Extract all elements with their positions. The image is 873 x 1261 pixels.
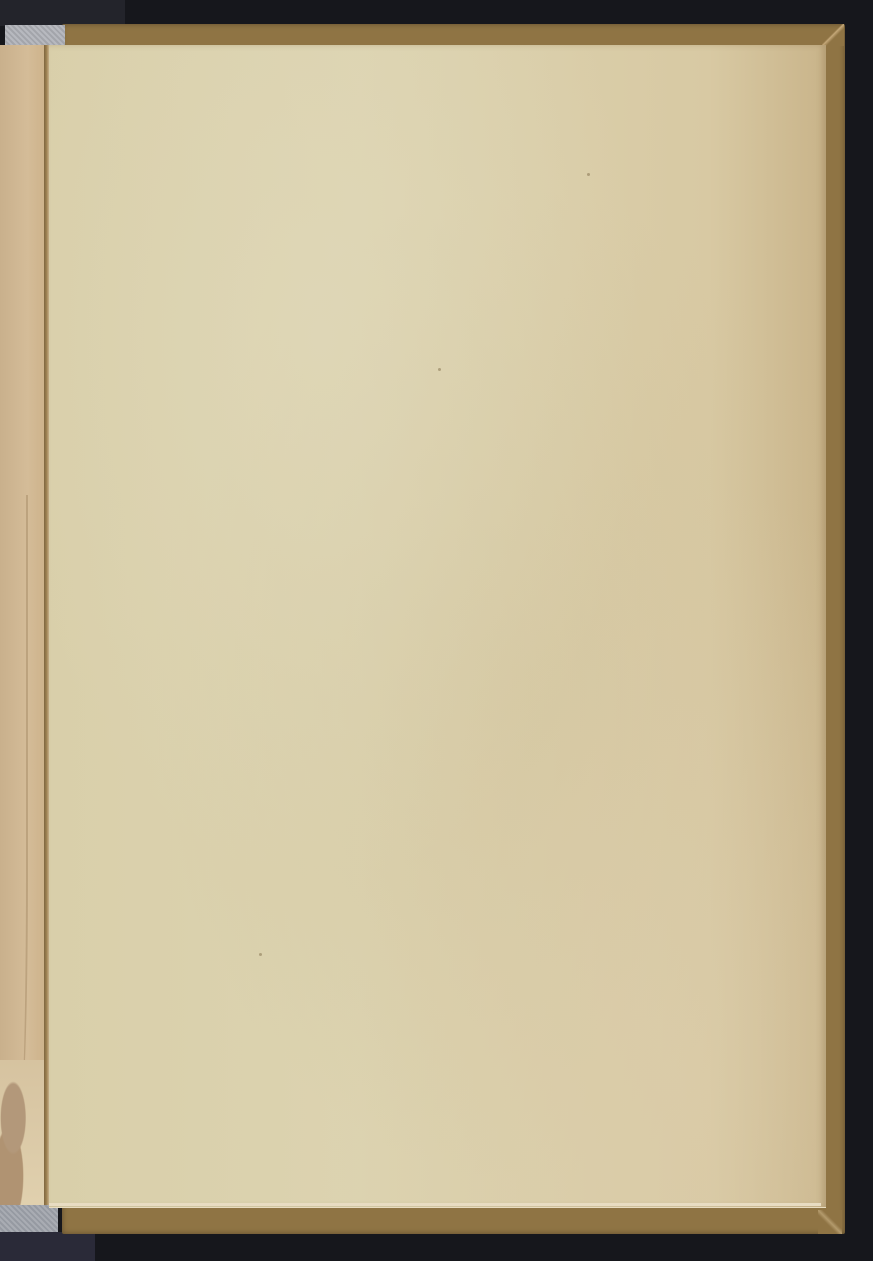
- page-bottom-edge: [49, 1203, 821, 1206]
- flap-crease: [8, 495, 28, 1115]
- background-dark-area-bottom: [0, 1232, 95, 1261]
- paper-speck: [259, 953, 262, 956]
- paper-speck: [438, 368, 441, 371]
- paper-speck: [587, 173, 590, 176]
- cloth-spine-bottom: [0, 1203, 58, 1232]
- background-dark-area: [0, 0, 125, 26]
- blank-page: [49, 45, 826, 1207]
- cloth-spine-top: [5, 25, 65, 45]
- board-corner-bottom-right: [818, 1210, 842, 1234]
- flap-torn-area: [0, 1060, 44, 1205]
- board-corner-top-right: [822, 24, 844, 46]
